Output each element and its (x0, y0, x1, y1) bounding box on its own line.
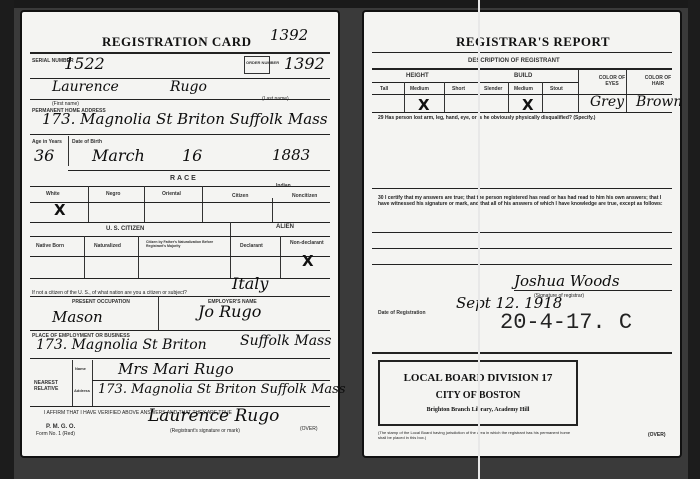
race-mark: X (54, 201, 66, 219)
front-over: (OVER) (300, 426, 318, 432)
relative-address-label: Address (74, 388, 90, 393)
description-subtitle: DESCRIPTION OF REGISTRANT (468, 58, 560, 64)
question-30: 30 I certify that my answers are true; t… (378, 195, 672, 207)
date-of-registration-label: Date of Registration (378, 310, 426, 316)
form-number: Form No. 1 (Red) (36, 431, 75, 437)
build-stout: Stout (550, 86, 563, 92)
race-white: White (46, 191, 60, 197)
height-short: Short (452, 86, 465, 92)
employment-county-state: Suffolk Mass (240, 333, 331, 349)
dob-month: March (92, 146, 145, 165)
eye-color: Grey (590, 94, 624, 110)
declarant: Declarant (240, 243, 263, 249)
registrar-signature: Joshua Woods (514, 272, 620, 290)
age-value: 36 (34, 146, 54, 165)
registrar-report-back: REGISTRAR'S REPORT DESCRIPTION OF REGIST… (362, 10, 682, 458)
hair-label: COLOR OF HAIR (640, 75, 676, 87)
registration-card-front: REGISTRATION CARD 1392 SERIAL NUMBER 152… (20, 10, 340, 458)
relative-name-label: Name (75, 366, 86, 371)
height-tall: Tall (380, 86, 388, 92)
race-oriental: Oriental (162, 191, 181, 197)
serial-number: 1522 (64, 54, 105, 73)
race-negro: Negro (106, 191, 120, 197)
scan-frame-top (0, 0, 700, 8)
build-medium: Medium (514, 86, 533, 92)
build-label: BUILD (514, 73, 532, 79)
back-over: (OVER) (648, 432, 666, 438)
dob-label: Date of Birth (72, 139, 102, 145)
scan-frame-right (688, 0, 700, 479)
first-name: Laurence (52, 79, 119, 95)
occupation-label: PRESENT OCCUPATION (72, 299, 130, 305)
employer-value: Jo Rugo (198, 302, 261, 321)
height-label: HEIGHT (406, 73, 429, 79)
scan-frame-left (0, 0, 14, 479)
employment-street: 173. Magnolia St Briton (36, 337, 207, 353)
height-medium: Medium (410, 86, 429, 92)
home-address: 173. Magnolia St Briton Suffolk Mass (42, 110, 328, 128)
citizen-by-father: Citizen by Father's Naturalization Befor… (146, 240, 226, 248)
native-born: Native Born (36, 243, 64, 249)
race-title: RACE (170, 175, 198, 182)
build-slender: Slender (484, 86, 502, 92)
naturalized: Naturalized (94, 243, 121, 249)
card-title: REGISTRATION CARD (102, 34, 251, 50)
relative-address: 173. Magnolia St Briton Suffolk Mass (98, 382, 346, 397)
order-label: ORDER NUMBER (246, 60, 279, 65)
age-label: Age in Years (32, 139, 62, 145)
order-number: 1392 (284, 54, 325, 73)
citizenship-mark: X (302, 252, 314, 270)
serial-stamp: 20-4-17. C (500, 310, 632, 335)
registrant-signature-label: (Registrant's signature or mark) (170, 428, 240, 434)
question-29: 29 Has person lost arm, leg, hand, eye, … (378, 115, 672, 121)
race-noncitizen: Noncitizen (292, 193, 317, 199)
hair-color: Brown (636, 94, 682, 110)
eyes-label: COLOR OF EYES (594, 75, 630, 87)
dob-year: 1883 (272, 146, 310, 164)
relative-name: Mrs Mari Rugo (118, 360, 234, 378)
occupation-value: Mason (52, 308, 103, 326)
alien-title: ALIEN (276, 224, 294, 230)
first-name-label: (First name) (52, 101, 79, 107)
registrant-signature: Laurence Rugo (148, 406, 279, 426)
race-citizen: Citizen (232, 193, 248, 199)
last-name: Rugo (170, 79, 207, 95)
scan-fold-line (478, 0, 480, 479)
dob-day: 16 (182, 146, 202, 165)
form-id: P. M. G. O. (46, 424, 75, 430)
non-declarant: Non-declarant (290, 240, 324, 246)
last-name-label: (Last name) (262, 96, 289, 102)
top-number: 1392 (270, 26, 308, 44)
us-citizen-title: U. S. CITIZEN (106, 226, 144, 232)
nation-value: Italy (232, 274, 268, 293)
